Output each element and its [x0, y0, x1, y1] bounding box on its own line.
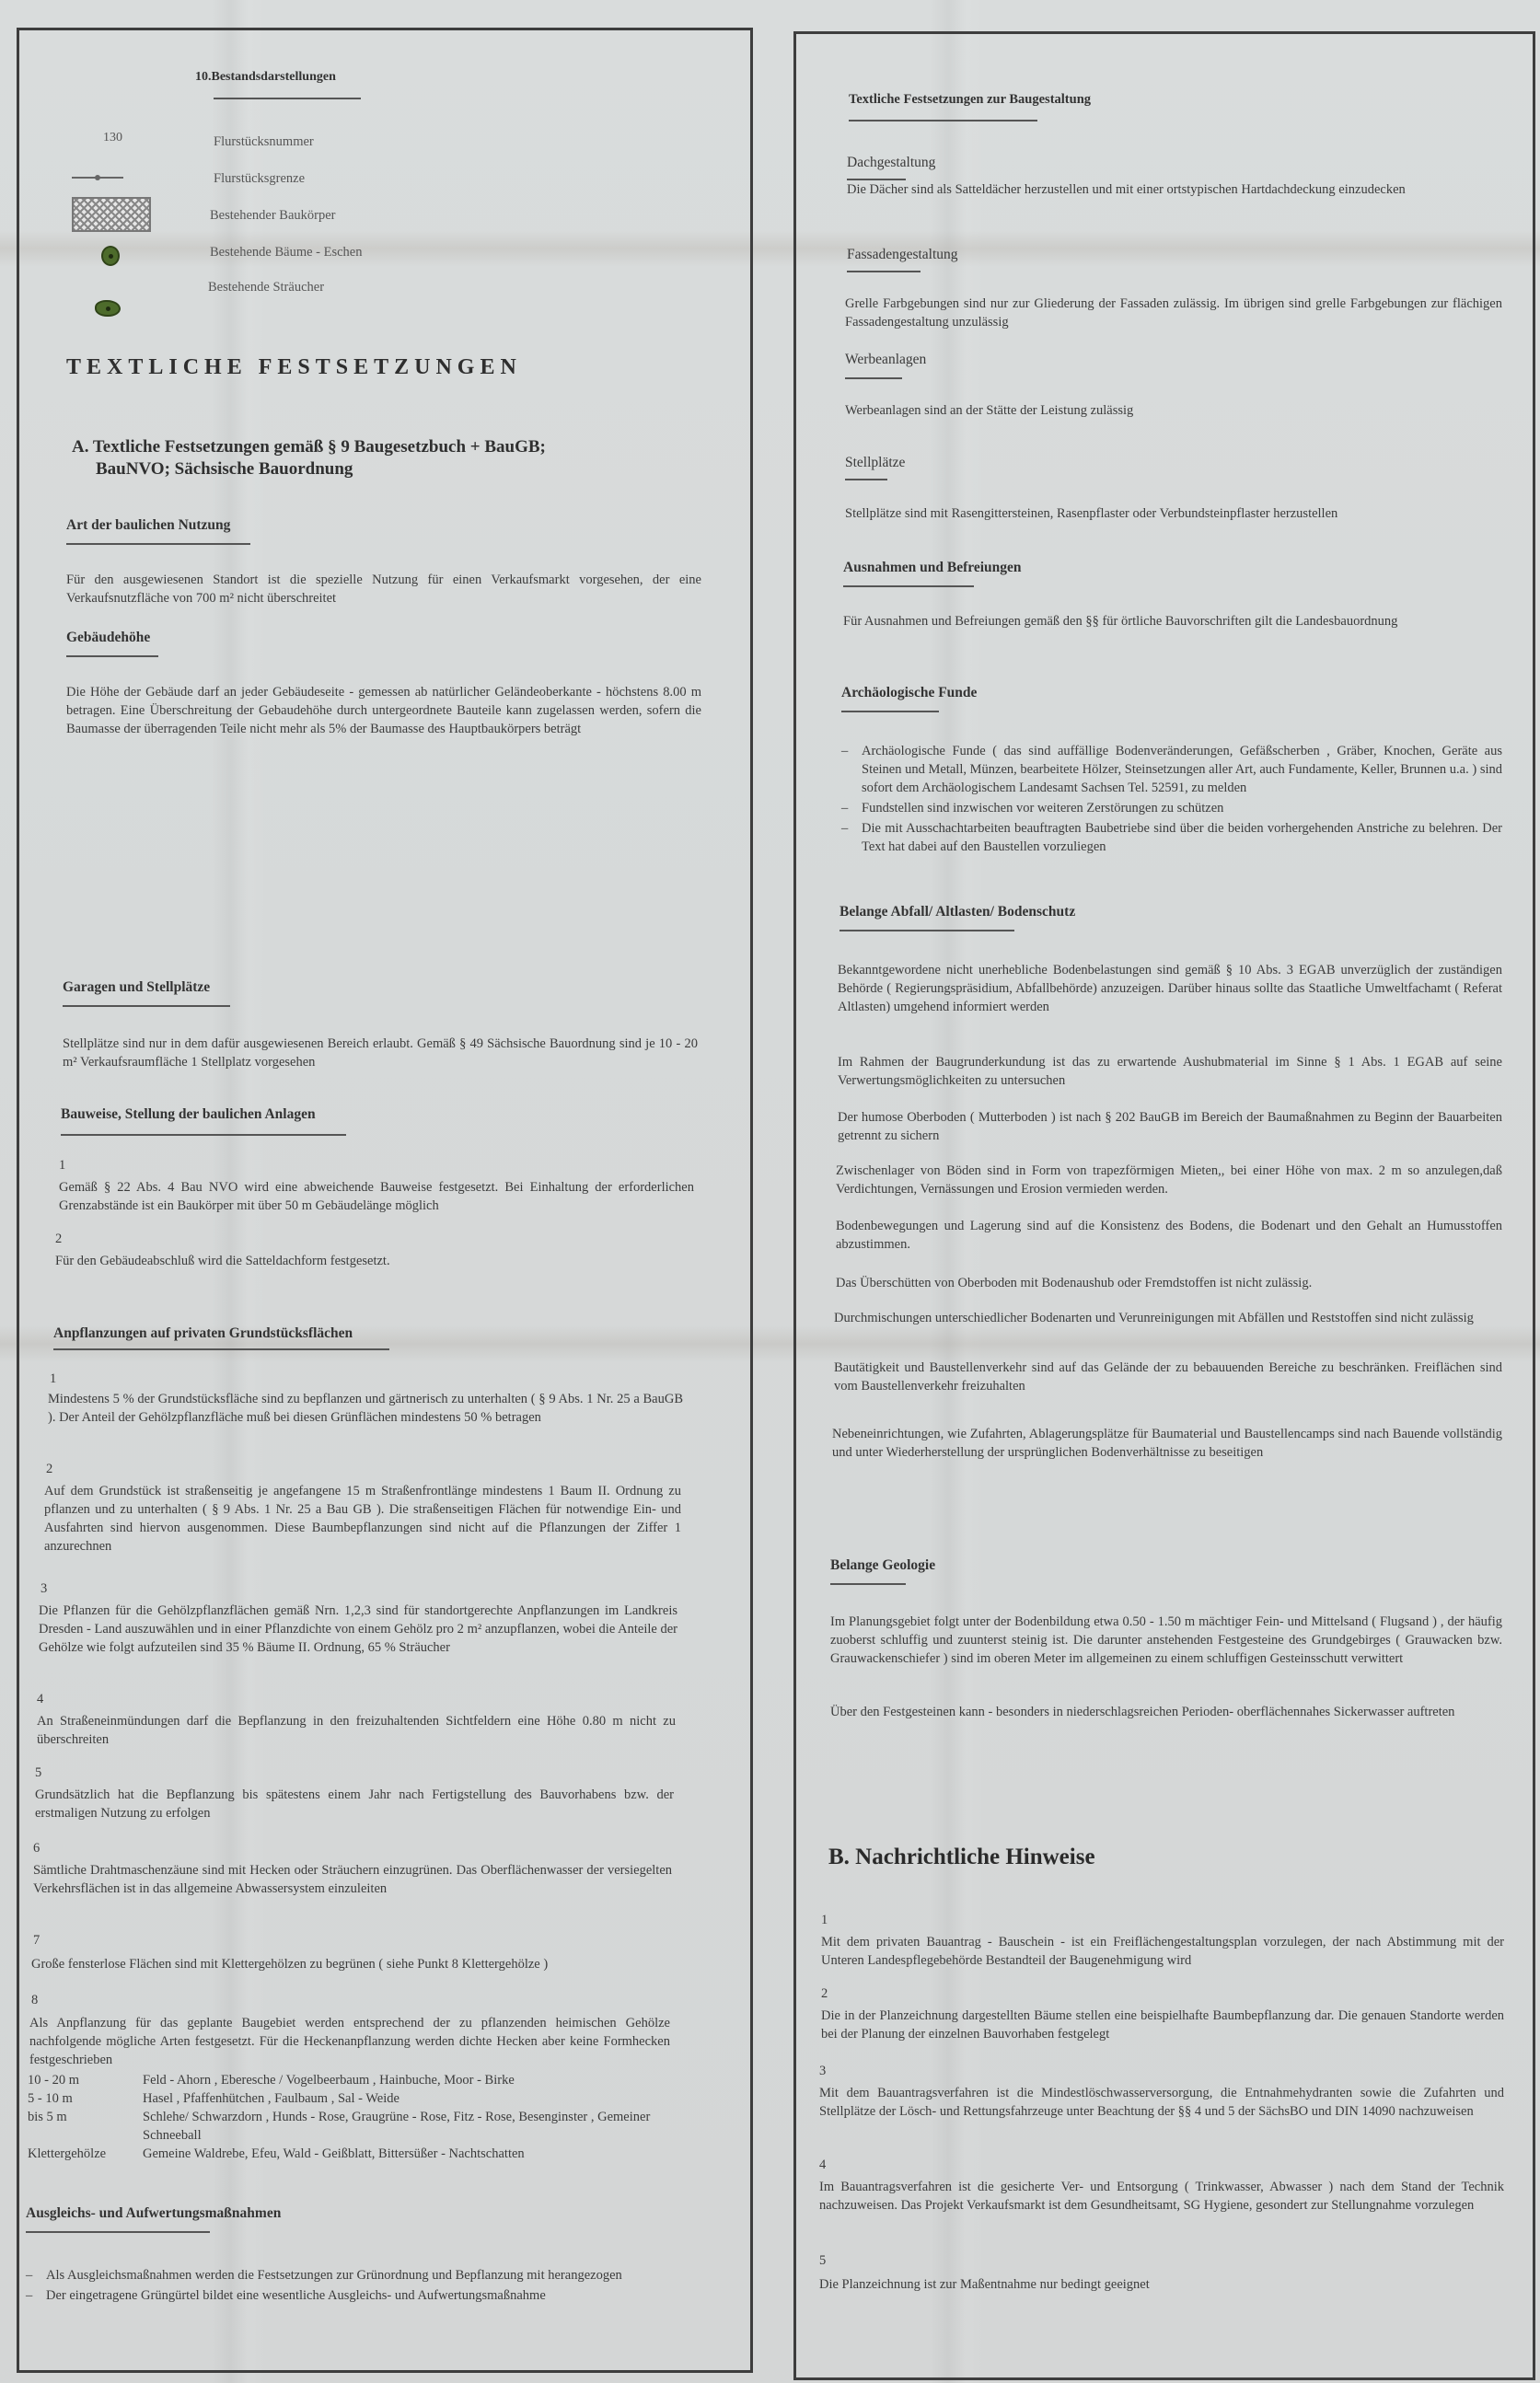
paragraph-abfall-9: Nebeneinrichtungen, wie Zufahrten, Ablag… — [832, 1425, 1502, 1462]
plant-species: Schlehe/ Schwarzdorn , Hunds - Rose, Gra… — [143, 2108, 658, 2145]
item-number: 1 — [59, 1158, 65, 1174]
heading-underline — [845, 479, 887, 480]
plant-size: Klettergehölze — [28, 2145, 143, 2163]
paragraph-stellplaetze: Stellplätze sind mit Rasengittersteinen,… — [845, 504, 1502, 523]
paragraph-anpflanzung-3: Die Pflanzen für die Gehölzpflanzflächen… — [39, 1602, 677, 1657]
ausgleich-list: Als Ausgleichsmaßnahmen werden die Fests… — [26, 2266, 665, 2307]
heading-underline — [845, 377, 902, 379]
heading-gebaeudehoehe: Gebäudehöhe — [66, 630, 150, 646]
list-item: Als Ausgleichsmaßnahmen werden die Fests… — [26, 2266, 665, 2285]
plant-table-row: bis 5 mSchlehe/ Schwarzdorn , Hunds - Ro… — [28, 2108, 658, 2145]
heading-bauweise: Bauweise, Stellung der baulichen Anlagen — [61, 1106, 316, 1123]
paragraph-hinweis-3: Mit dem Bauantragsverfahren ist die Mind… — [819, 2084, 1504, 2121]
archaeologie-list: Archäologische Funde ( das sind auffälli… — [841, 742, 1502, 858]
paragraph-bauweise-2: Für den Gebäudeabschluß wird die Satteld… — [55, 1252, 690, 1270]
item-number: 6 — [33, 1841, 40, 1857]
plant-table-row: KlettergehölzeGemeine Waldrebe, Efeu, Wa… — [28, 2145, 658, 2163]
tree-icon — [101, 246, 120, 266]
heading-underline — [26, 2231, 210, 2233]
paragraph-anpflanzung-8: Als Anpflanzung für das geplante Baugebi… — [29, 2014, 670, 2069]
heading-werbeanlagen: Werbeanlagen — [845, 352, 926, 368]
paragraph-abfall-5: Bodenbewegungen und Lagerung sind auf di… — [836, 1217, 1502, 1254]
legend-title-underline — [214, 98, 361, 99]
paragraph-garagen: Stellplätze sind nur in dem dafür ausgew… — [63, 1035, 698, 1071]
paragraph-fassadengestaltung: Grelle Farbgebungen sind nur zur Glieder… — [845, 295, 1502, 331]
paragraph-werbeanlagen: Werbeanlagen sind an der Stätte der Leis… — [845, 401, 1502, 420]
paragraph-abfall-4: Zwischenlager von Böden sind in Form von… — [836, 1162, 1502, 1198]
heading-geologie: Belange Geologie — [830, 1557, 935, 1574]
paragraph-abfall-8: Bautätigkeit und Baustellenverkehr sind … — [834, 1359, 1502, 1395]
plant-species: Hasel , Pfaffenhütchen , Faulbaum , Sal … — [143, 2089, 658, 2108]
heading-art-der-nutzung: Art der baulichen Nutzung — [66, 517, 230, 534]
paragraph-hinweis-1: Mit dem privaten Bauantrag - Bauschein -… — [821, 1933, 1504, 1970]
heading-underline — [839, 930, 1014, 931]
heading-abfall: Belange Abfall/ Altlasten/ Bodenschutz — [839, 904, 1075, 920]
item-number: 4 — [819, 2157, 826, 2173]
paragraph-abfall-6: Das Überschütten von Oberboden mit Boden… — [836, 1274, 1502, 1292]
legend-label: Bestehende Sträucher — [208, 280, 324, 295]
paragraph-abfall-1: Bekanntgewordene nicht unerhebliche Bode… — [838, 961, 1502, 1016]
item-number: 3 — [41, 1581, 47, 1597]
legend-label: Flurstücksnummer — [214, 134, 314, 150]
parcel-boundary-icon — [72, 177, 123, 179]
paragraph-hinweis-2: Die in der Planzeichnung dargestellten B… — [821, 2007, 1504, 2043]
list-item: Der eingetragene Grüngürtel bildet eine … — [26, 2286, 665, 2305]
paragraph-geologie-2: Über den Festgesteinen kann - besonders … — [830, 1703, 1502, 1721]
paragraph-anpflanzung-7: Große fensterlose Flächen sind mit Klett… — [31, 1955, 670, 1973]
heading-ausnahmen: Ausnahmen und Befreiungen — [843, 560, 1022, 576]
paragraph-ausnahmen: Für Ausnahmen und Befreiungen gemäß den … — [843, 612, 1502, 630]
list-item: Fundstellen sind inzwischen vor weiteren… — [841, 799, 1502, 817]
legend-label: Bestehende Bäume - Eschen — [210, 245, 362, 260]
heading-anpflanzungen: Anpflanzungen auf privaten Grundstücksfl… — [53, 1325, 353, 1342]
section-a-title-line1: A. Textliche Festsetzungen gemäß § 9 Bau… — [72, 436, 546, 458]
list-item: Archäologische Funde ( das sind auffälli… — [841, 742, 1502, 797]
paragraph-geologie-1: Im Planungsgebiet folgt unter der Bodenb… — [830, 1613, 1502, 1668]
plant-size: 10 - 20 m — [28, 2071, 143, 2089]
legend-title: 10.Bestandsdarstellungen — [195, 70, 336, 85]
item-number: 2 — [46, 1462, 52, 1477]
heading-underline — [847, 271, 921, 272]
paragraph-anpflanzung-4: An Straßeneinmündungen darf die Bepflanz… — [37, 1712, 676, 1749]
heading-garagen: Garagen und Stellplätze — [63, 979, 210, 996]
paragraph-dachgestaltung: Die Dächer sind als Satteldächer herzust… — [847, 180, 1502, 199]
paragraph-art-der-nutzung: Für den ausgewiesenen Standort ist die s… — [66, 571, 701, 607]
heading-underline — [841, 711, 939, 712]
item-number: 5 — [819, 2253, 826, 2269]
section-a-title: A. Textliche Festsetzungen gemäß § 9 Bau… — [72, 436, 546, 480]
item-number: 2 — [821, 1986, 828, 2002]
item-number: 5 — [35, 1765, 41, 1781]
item-number: 2 — [55, 1232, 62, 1247]
heading-underline — [830, 1583, 906, 1585]
plant-size: bis 5 m — [28, 2108, 143, 2145]
list-item: Die mit Ausschachtarbeiten beauftragten … — [841, 819, 1502, 856]
paragraph-abfall-2: Im Rahmen der Baugrunderkundung ist das … — [838, 1053, 1502, 1090]
paragraph-anpflanzung-5: Grundsätzlich hat die Bepflanzung bis sp… — [35, 1786, 674, 1822]
heading-stellplaetze: Stellplätze — [845, 455, 905, 471]
item-number: 7 — [33, 1933, 40, 1949]
item-number: 1 — [821, 1913, 828, 1928]
main-title: TEXTLICHE FESTSETZUNGEN — [66, 355, 522, 380]
paragraph-abfall-3: Der humose Oberboden ( Mutterboden ) ist… — [838, 1108, 1502, 1145]
paragraph-gebaeudehoehe: Die Höhe der Gebäude darf an jeder Gebäu… — [66, 683, 701, 738]
heading-archaeologie: Archäologische Funde — [841, 685, 977, 701]
heading-underline — [843, 585, 974, 587]
paragraph-hinweis-4: Im Bauantragsverfahren ist die gesichert… — [819, 2178, 1504, 2215]
heading-baugestaltung: Textliche Festsetzungen zur Baugestaltun… — [849, 92, 1091, 108]
section-b-title: B. Nachrichtliche Hinweise — [828, 1845, 1095, 1870]
paragraph-bauweise-1: Gemäß § 22 Abs. 4 Bau NVO wird eine abwe… — [59, 1178, 694, 1215]
heading-underline — [66, 543, 250, 545]
heading-underline — [53, 1348, 389, 1350]
paragraph-hinweis-5: Die Planzeichnung ist zur Maßentnahme nu… — [819, 2275, 1504, 2294]
shrub-icon — [95, 300, 121, 317]
heading-underline — [61, 1134, 346, 1136]
parcel-number-symbol: 130 — [103, 131, 122, 145]
item-number: 1 — [50, 1371, 56, 1387]
hatched-building-icon — [72, 197, 151, 232]
legend-label: Flurstücksgrenze — [214, 171, 305, 187]
paragraph-anpflanzung-2: Auf dem Grundstück ist straßenseitig je … — [44, 1482, 681, 1556]
paragraph-anpflanzung-6: Sämtliche Drahtmaschenzäune sind mit Hec… — [33, 1861, 672, 1898]
paragraph-anpflanzung-1: Mindestens 5 % der Grundstücksfläche sin… — [48, 1390, 683, 1427]
plant-species: Gemeine Waldrebe, Efeu, Wald - Geißblatt… — [143, 2145, 658, 2163]
plant-table-row: 10 - 20 mFeld - Ahorn , Eberesche / Voge… — [28, 2071, 658, 2089]
heading-dachgestaltung: Dachgestaltung — [847, 155, 935, 171]
heading-underline — [849, 120, 1037, 121]
plant-species: Feld - Ahorn , Eberesche / Vogelbeerbaum… — [143, 2071, 658, 2089]
item-number: 4 — [37, 1692, 43, 1707]
item-number: 3 — [819, 2064, 826, 2079]
item-number: 8 — [31, 1993, 38, 2008]
plant-size: 5 - 10 m — [28, 2089, 143, 2108]
legend-label: Bestehender Baukörper — [210, 208, 336, 224]
heading-ausgleich: Ausgleichs- und Aufwertungsmaßnahmen — [26, 2205, 281, 2222]
section-a-title-line2: BauNVO; Sächsische Bauordnung — [72, 458, 546, 480]
plant-species-table: 10 - 20 mFeld - Ahorn , Eberesche / Voge… — [28, 2071, 658, 2163]
plant-table-row: 5 - 10 mHasel , Pfaffenhütchen , Faulbau… — [28, 2089, 658, 2108]
paragraph-abfall-7: Durchmischungen unterschiedlicher Bodena… — [834, 1309, 1502, 1327]
heading-underline — [66, 655, 158, 657]
heading-underline — [63, 1005, 230, 1007]
heading-fassadengestaltung: Fassadengestaltung — [847, 247, 958, 263]
